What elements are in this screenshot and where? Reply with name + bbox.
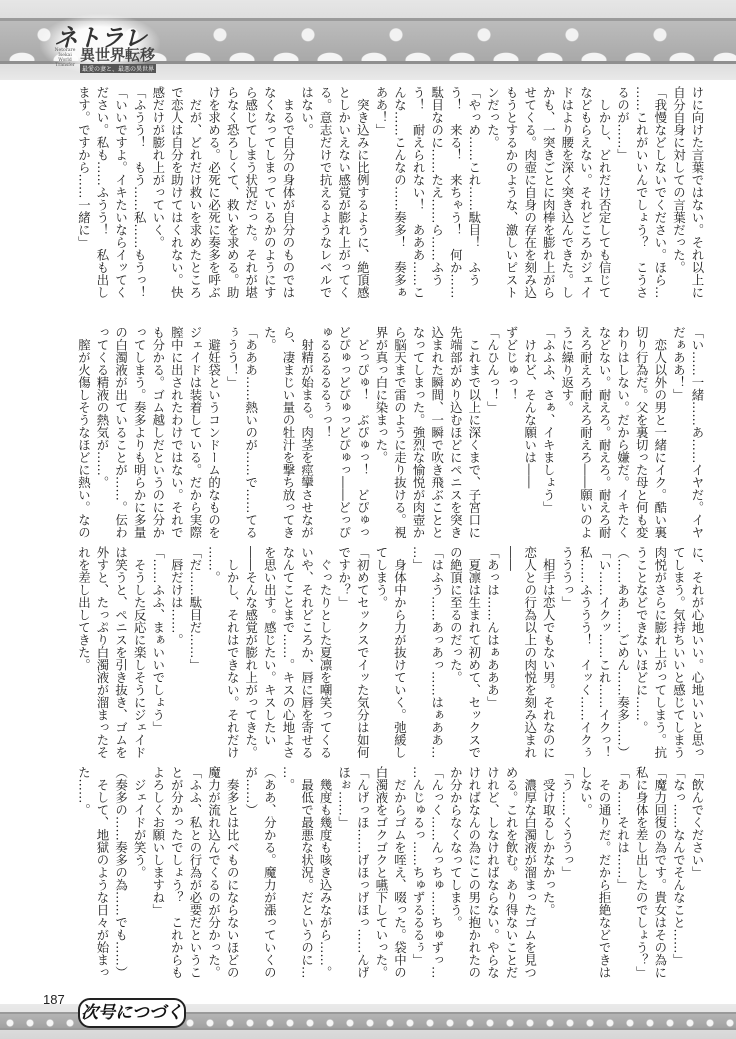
text-column: 「い……一緒……あ……イヤだ。イヤ — [687, 326, 706, 538]
text-column: んな……こんなの……奏多！ 奏多ぁ — [390, 86, 409, 298]
text-column: 「あっは……んはぁあああ」 — [483, 546, 502, 758]
text-column: （ああ、分かる。魔力が漲っていくの — [260, 766, 279, 978]
text-column: ああ！」 — [371, 86, 390, 298]
text-column: た……。 — [74, 766, 93, 978]
text-column: らなく恐ろしくて、救いを求める。助 — [223, 86, 242, 298]
text-column: などない。耐えろ。耐えろ。耐えろ耐 — [594, 326, 613, 538]
text-column: そして、地獄のような日々が始まっ — [92, 766, 111, 978]
text-column: えろ耐えろ耐えろ耐えろ――願いのよ — [576, 326, 595, 538]
text-column: ですか？」 — [334, 546, 353, 758]
text-tier-1: けに向けた言葉ではない。それ以上に自分自身に対しての言葉だった。「我慢などしない… — [26, 86, 706, 298]
text-column: わりはしない。だから嫌だ。イキたく — [613, 326, 632, 538]
text-column: ほぉ……」 — [334, 766, 353, 978]
text-column: 込まれた瞬間、一瞬で吹き飛ぶことと — [427, 326, 446, 538]
text-column: よろしくお願いしますね」 — [148, 766, 167, 978]
text-column: 「魔力回復の為です。貴女はその為に — [650, 766, 669, 978]
text-column: 幾度も幾度も咳き込みながら……。 — [316, 766, 335, 978]
text-column: …」 — [409, 546, 428, 758]
text-column: かも、一突きごとに肉棒を膨れ上がら — [539, 86, 558, 298]
text-column: 肉悦がさらに膨れ上がってしまう。抗 — [650, 546, 669, 758]
text-column: ければなんの為にこの男に抱かれたの — [464, 766, 483, 978]
text-column: だが、どれだけ救いを求めたところ — [185, 86, 204, 298]
text-column: 「ふふふ、さぁ、イキましょう」 — [539, 326, 558, 538]
text-column: せてくる。肉壺に自身の存在を刻み込 — [520, 86, 539, 298]
text-column: ……これがいいんでしょう？ こうされ — [632, 86, 651, 298]
text-column: う！ 来る！ 来ちゃう！ 何か…… — [446, 86, 465, 298]
text-column: 身体中から力が抜けていく。弛緩し — [390, 546, 409, 758]
text-column: としかいえない感覚が膨れ上がってく — [334, 86, 353, 298]
text-column: う！ 耐えられない！ あああ……こ — [409, 86, 428, 298]
text-column: 「だ……駄目だ……」 — [185, 546, 204, 758]
text-column: うううっ」 — [557, 546, 576, 758]
text-column: 「初めてセックスでイッた気分は如何 — [353, 546, 372, 758]
text-column: ンだった。 — [483, 86, 502, 298]
text-column: ってくる精液の熱気が……。 — [92, 326, 111, 538]
text-column: なくなってしまっているかのようにす — [260, 86, 279, 298]
text-column: ださい。私も……ふうう！ 私も出し — [92, 86, 111, 298]
text-column: そうした反応に楽しそうにジェイド — [130, 546, 149, 758]
text-column: いや、それどころか、唇に唇を寄せる — [297, 546, 316, 758]
text-column: …。 — [278, 766, 297, 978]
text-column: もうとするかのような、激しいピスト — [501, 86, 520, 298]
text-column: 私……ふううう！ イッく……イクぅ — [576, 546, 595, 758]
text-column: 「我慢などしないでください。ほら…… — [650, 86, 669, 298]
text-column: ら感じてしまう状況だった。それが堪 — [241, 86, 260, 298]
page-number: 187 — [43, 992, 65, 1007]
text-column: で恋人は自分を助けてはくれない。快 — [167, 86, 186, 298]
text-column: 「う……くううっ」 — [557, 766, 576, 978]
text-column: ゅるるるるるぅっ！ — [316, 326, 335, 538]
text-column: 先端部がめり込むほどにペニスを突き — [446, 326, 465, 538]
text-column: ら脳天まで雷のように走り抜ける。視 — [390, 326, 409, 538]
text-column: うに繰り返す。 — [557, 326, 576, 538]
logo-subtitle: 異世界転移 — [80, 44, 155, 65]
text-column: める。これを飲む。あり得ないことだ — [501, 766, 520, 978]
text-column: しない。 — [576, 766, 595, 978]
text-column: ……。 — [204, 546, 223, 758]
text-column: れを差し出してきた。 — [74, 546, 93, 758]
text-column: 白濁液をゴクゴクと嚥下していった。 — [371, 766, 390, 978]
text-column: 最低で最悪な状況。だというのに… — [297, 766, 316, 978]
text-column: てしまう。 — [371, 546, 390, 758]
text-column: 界が真っ白に染まった。 — [371, 326, 390, 538]
text-column: てしまう。気持ちいいと感じてしまう。 — [669, 546, 688, 758]
text-column: るのが……」 — [613, 86, 632, 298]
text-column: 「はふう……あっあっ……はぁああ… — [427, 546, 446, 758]
text-tier-4: 「飲んでください」「なっ……なんでそんなこと……」「魔力回復の為です。貴女はその… — [26, 766, 706, 978]
text-column: どっぴゅ！ ぶぴゅっ！ どぴゅっ — [353, 326, 372, 538]
text-column: ぐったりとした夏凛を嘲笑ってくる。 — [316, 546, 335, 758]
text-column: ――そんな感覚が膨れ上がってきた。 — [241, 546, 260, 758]
text-column: ずどじゅっ！ — [501, 326, 520, 538]
text-column: が……） — [241, 766, 260, 978]
text-column: 私に身体を差し出したのでしょう？」 — [632, 766, 651, 978]
text-column: 「飲んでください」 — [687, 766, 706, 978]
text-column: 濃厚な白濁液が溜まったゴムを見つ — [520, 766, 539, 978]
text-column: ます。ですから……一緒に」 — [74, 86, 93, 298]
text-column: 「あああ……熱いのが……で……てる — [241, 326, 260, 538]
text-column: けれど、そんな願いは―― — [520, 326, 539, 538]
text-column: ら、凄まじい量の牡汁を撃ち放ってき — [278, 326, 297, 538]
text-column: などもらえない。それどころかジェイ — [576, 86, 595, 298]
text-column: （奏多の……奏多の為……でも……） — [111, 766, 130, 978]
text-column: 感だけが膨れ上がっていく。 — [148, 86, 167, 298]
text-column: 奏多とは比べものにならないほどの — [223, 766, 242, 978]
text-column: だぁああ！」 — [669, 326, 688, 538]
text-column: 「いいですよ。イキたいならイッてく — [111, 86, 130, 298]
text-column: 膣中に出されたわけではない。それで — [167, 326, 186, 538]
text-column: 「んっく……んっちゅ……ちゅずっ… — [427, 766, 446, 978]
text-column: 切り行為だ。父を裏切った母と何も変 — [632, 326, 651, 538]
text-column: ぅうう！」 — [223, 326, 242, 538]
text-column: 「なっ……なんでそんなこと……」 — [669, 766, 688, 978]
logo-tagline: 最愛の妻と、最悪の異世界 — [80, 64, 156, 73]
text-column: ってしまう。奏多よりも明らかに多量 — [130, 326, 149, 538]
text-column: まるで自分の身体が自分のものでは — [278, 86, 297, 298]
text-column: （……ああ……ごめん……奏多……） — [613, 546, 632, 758]
text-column: とが分かったでしょう？ これからも — [167, 766, 186, 978]
text-column: を思い出す。感じたい。キスしたい — [260, 546, 279, 758]
text-column: 「……ふふ、まぁいいでしょう」 — [148, 546, 167, 758]
text-column: の絶頂に至るのだった。 — [446, 546, 465, 758]
text-column: 「ふふ、私との行為が必要だというこ — [185, 766, 204, 978]
text-column: …んじゅるっ……ちゅずるるるぅ」 — [409, 766, 428, 978]
text-column: 「あ……それは……」 — [613, 766, 632, 978]
text-column: ドはより腰を深く突き込んできた。し — [557, 86, 576, 298]
text-column: か分からなくなってしまう。 — [446, 766, 465, 978]
text-column: 相手は恋人でもない男。それなのに、 — [539, 546, 558, 758]
text-column: ジェイドが笑う。 — [130, 766, 149, 978]
text-column: はない。 — [297, 86, 316, 298]
text-column: 膣が火傷しそうなほどに熱い。なの — [74, 326, 93, 538]
text-column: 避妊袋というコンドーム的なものを — [204, 326, 223, 538]
text-column: これまで以上に深くまで、子宮口に — [464, 326, 483, 538]
text-column: 唇だけは……。 — [167, 546, 186, 758]
text-column: ジェイドは装着している。だから実際 — [185, 326, 204, 538]
text-column: の白濁液が出ていることが……。伝わ — [111, 326, 130, 538]
text-column: ―― — [501, 546, 520, 758]
text-column: た。 — [260, 326, 279, 538]
text-column: 「やっめ……これ……駄目！ ふう — [464, 86, 483, 298]
text-column: その通りだ。だから拒絶などできは — [594, 766, 613, 978]
text-column: 駄目なのに……たえ……ら……ふう — [427, 86, 446, 298]
text-column: 「んひんっ！」 — [483, 326, 502, 538]
text-column: 射精が始まる。肉茎を痙攣させなが — [297, 326, 316, 538]
text-column: 「んげっほ……げほっげほっ……んげ — [353, 766, 372, 978]
text-column: 「ふうう！ もう……私……もうっ！」 — [130, 86, 149, 298]
text-column: けを求める。必死に必死に奏多を呼ぶ。 — [204, 86, 223, 298]
text-column: うことなどできないほどに……。 — [632, 546, 651, 758]
text-column: 「い……イクッ……これ……イクっ！ — [594, 546, 613, 758]
text-column: どぴゅっどぴゅっどぴゅっ――どっぴ — [334, 326, 353, 538]
text-column: に、それが心地いい。心地いいと思っ — [687, 546, 706, 758]
text-column: しかし、それはできない。それだけは — [223, 546, 242, 758]
text-column: 恋人との行為以上の肉悦を刻み込まれ — [520, 546, 539, 758]
text-column: も分かる。ゴム越しだというのに分か — [148, 326, 167, 538]
text-column: 突き込みに比例するように、絶頂感 — [353, 86, 372, 298]
text-column: 夏凛は生まれて初めて、セックスで — [464, 546, 483, 758]
text-column: は笑うと、ペニスを引き抜き、ゴムを — [111, 546, 130, 758]
text-column: なんてことまで……。キスの心地よさ — [278, 546, 297, 758]
text-tier-3: に、それが心地いい。心地いいと思ってしまう。気持ちいいと感じてしまう。肉悦がさら… — [26, 546, 706, 758]
logo-english: Netorare Isekai World Transfer — [52, 48, 78, 68]
text-column: る。意志だけで抗えるようなレベルで — [316, 86, 335, 298]
text-tier-2: 「い……一緒……あ……イヤだ。イヤだぁああ！」 恋人以外の男と一緒にイク。酷い裏… — [26, 326, 706, 538]
to-be-continued-badge: 次号につづく — [78, 998, 186, 1028]
text-column: 受け取るしかなかった。 — [539, 766, 558, 978]
text-column: 恋人以外の男と一緒にイク。酷い裏 — [650, 326, 669, 538]
text-column: なってしまった。強烈な愉悦が肉壺か — [409, 326, 428, 538]
text-column: 外すと、たっぷり白濁液が溜まったそ — [92, 546, 111, 758]
text-column: けに向けた言葉ではない。それ以上に — [687, 86, 706, 298]
text-column: 魔力が流れ込んでくるのが分かった。 — [204, 766, 223, 978]
text-column: けれど、しなければならない。やらな — [483, 766, 502, 978]
text-column: 自分自身に対しての言葉だった。 — [669, 86, 688, 298]
text-column: だからゴムを咥え、啜った。袋中の — [390, 766, 409, 978]
text-column: しかし、どれだけ否定しても信じて — [594, 86, 613, 298]
series-logo: ネトラレ Netorare Isekai World Transfer 異世界転… — [40, 14, 160, 74]
